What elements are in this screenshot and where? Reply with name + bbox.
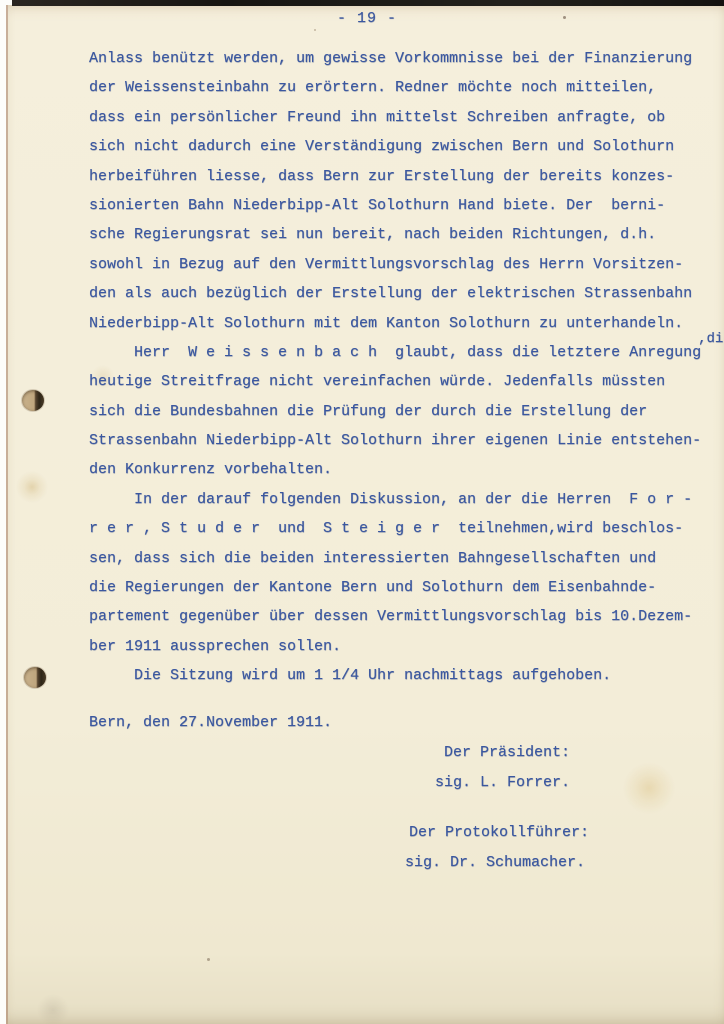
text-line: herbeiführen liesse, dass Bern zur Erste…	[89, 162, 719, 191]
paper-speck	[314, 29, 316, 31]
paper-speck	[207, 958, 210, 961]
document-page: - 19 - Anlass benützt werden, um gewisse…	[6, 5, 724, 1024]
text-line: die Regierungen der Kantone Bern und Sol…	[89, 573, 719, 602]
page-number: - 19 -	[8, 10, 724, 27]
scan-edge-top	[12, 0, 724, 6]
text-line: den als auch bezüglich der Erstellung de…	[89, 279, 719, 308]
text-line: sich die Bundesbahnen die Prüfung der du…	[89, 397, 719, 426]
text-line: sich nicht dadurch eine Verständigung zw…	[89, 132, 719, 161]
signature-block: Der Präsident: sig. L. Forrer. Der Proto…	[405, 738, 589, 878]
signature-name-president: sig. L. Forrer.	[435, 768, 589, 798]
scanned-document: - 19 - Anlass benützt werden, um gewisse…	[0, 0, 724, 1024]
text-line: Niederbipp-Alt Solothurn mit dem Kanton …	[89, 309, 719, 338]
text-line: partement gegenüber über dessen Vermittl…	[89, 602, 719, 631]
text-line: Die Sitzung wird um 1 1/4 Uhr nachmittag…	[89, 661, 719, 690]
punch-hole-bottom	[24, 667, 46, 688]
text-line: den Konkurrenz vorbehalten.	[89, 455, 719, 484]
signature-role-president: Der Präsident:	[444, 738, 589, 768]
text-line: sionierten Bahn Niederbipp-Alt Solothurn…	[89, 191, 719, 220]
text-line: dass ein persönlicher Freund ihn mittels…	[89, 103, 719, 132]
text-line: sen, dass sich die beiden interessierten…	[89, 544, 719, 573]
signature-name-secretary: sig. Dr. Schumacher.	[405, 848, 589, 878]
text-line: Anlass benützt werden, um gewisse Vorkom…	[89, 44, 719, 73]
text-line: In der darauf folgenden Diskussion, an d…	[89, 485, 719, 514]
text-line: der Weissensteinbahn zu erörtern. Redner…	[89, 73, 719, 102]
inserted-word: ,die	[698, 331, 724, 347]
punch-hole-top	[22, 390, 44, 411]
body-text: Anlass benützt werden, um gewisse Vorkom…	[89, 44, 719, 737]
text-line: ber 1911 aussprechen sollen.	[89, 632, 719, 661]
text-line: sowohl in Bezug auf den Vermittlungsvors…	[89, 250, 719, 279]
signature-role-secretary: Der Protokollführer:	[409, 818, 589, 848]
text-line: heutige Streitfrage nicht vereinfachen w…	[89, 367, 719, 396]
text-line: Strassenbahn Niederbipp-Alt Solothurn ih…	[89, 426, 719, 455]
text-line: Herr W e i s s e n b a c h glaubt, dass …	[89, 338, 719, 367]
text-line: Bern, den 27.November 1911.	[89, 708, 719, 737]
text-line: sche Regierungsrat sei nun bereit, nach …	[89, 220, 719, 249]
text-line: r e r , S t u d e r und S t e i g e r te…	[89, 514, 719, 543]
